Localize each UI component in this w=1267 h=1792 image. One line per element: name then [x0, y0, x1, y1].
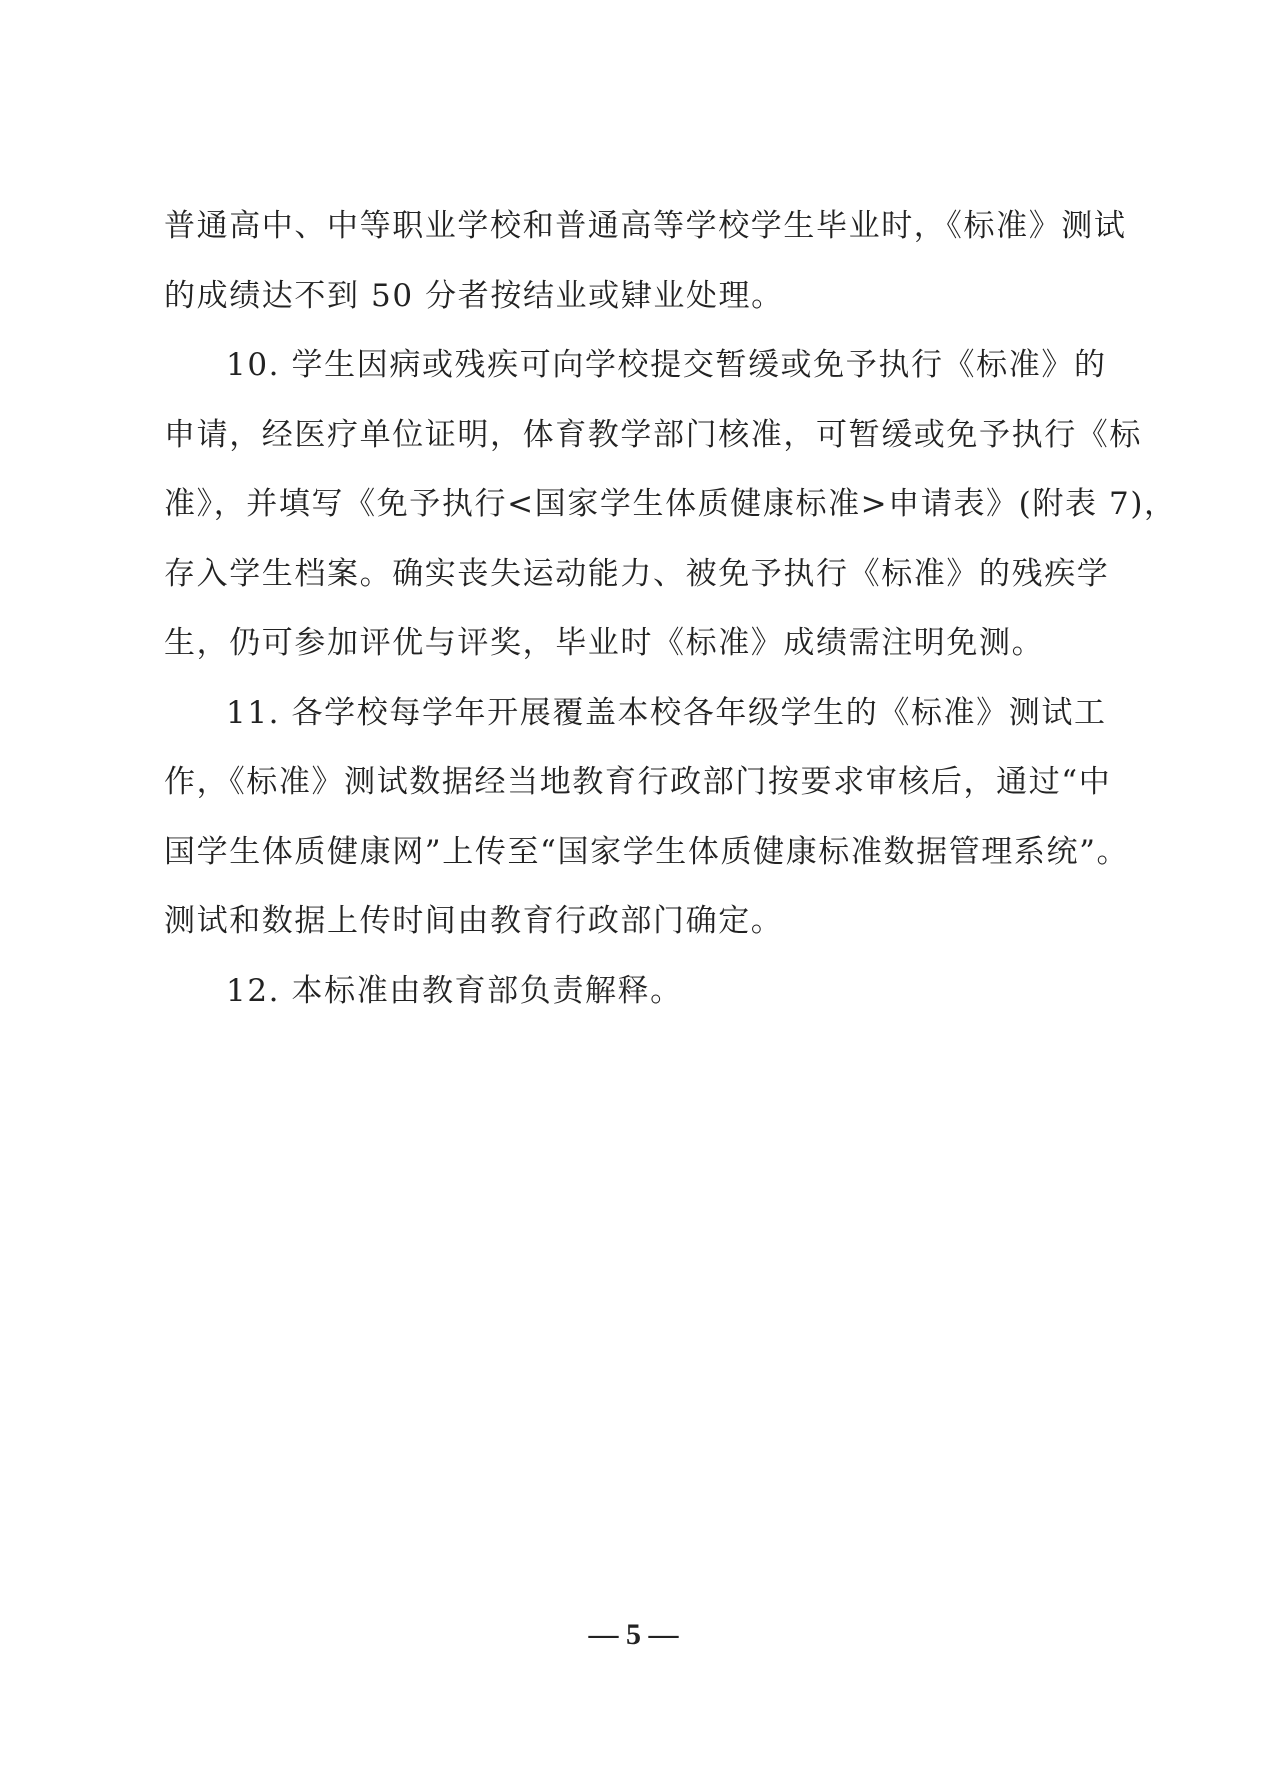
text-line: 的成绩达不到 50 分者按结业或肄业处理。: [164, 276, 1104, 346]
document-page: 普通高中、中等职业学校和普通高等学校学生毕业时，《标准》测试 的成绩达不到 50…: [0, 0, 1267, 1792]
text-line: 测试和数据上传时间由教育行政部门确定。: [164, 901, 1104, 971]
paragraph-11: 11. 各学校每学年开展覆盖本校各年级学生的《标准》测试工 作，《标准》测试数据…: [164, 693, 1104, 971]
text-line: 11. 各学校每学年开展覆盖本校各年级学生的《标准》测试工: [164, 693, 1104, 763]
paragraph-12: 12. 本标准由教育部负责解释。: [164, 971, 1104, 1041]
text-line: 存入学生档案。确实丧失运动能力、被免予执行《标准》的残疾学: [164, 554, 1104, 624]
text-line: 生，仍可参加评优与评奖，毕业时《标准》成绩需注明免测。: [164, 623, 1104, 693]
paragraph-10: 10. 学生因病或残疾可向学校提交暂缓或免予执行《标准》的 申请，经医疗单位证明…: [164, 345, 1104, 693]
paragraph-9-continued: 普通高中、中等职业学校和普通高等学校学生毕业时，《标准》测试 的成绩达不到 50…: [164, 206, 1104, 345]
document-body: 普通高中、中等职业学校和普通高等学校学生毕业时，《标准》测试 的成绩达不到 50…: [164, 206, 1104, 1040]
text-line: 国学生体质健康网”上传至“国家学生体质健康标准数据管理系统”。: [164, 832, 1104, 902]
text-line: 准》，并填写《免予执行<国家学生体质健康标准>申请表》(附表 7)，: [164, 484, 1104, 554]
text-line: 作，《标准》测试数据经当地教育行政部门按要求审核后，通过“中: [164, 762, 1104, 832]
text-line: 12. 本标准由教育部负责解释。: [164, 971, 1104, 1041]
text-line: 申请，经医疗单位证明，体育教学部门核准，可暂缓或免予执行《标: [164, 415, 1104, 485]
page-number: — 5 —: [0, 1618, 1267, 1652]
text-line: 10. 学生因病或残疾可向学校提交暂缓或免予执行《标准》的: [164, 345, 1104, 415]
text-line: 普通高中、中等职业学校和普通高等学校学生毕业时，《标准》测试: [164, 206, 1104, 276]
